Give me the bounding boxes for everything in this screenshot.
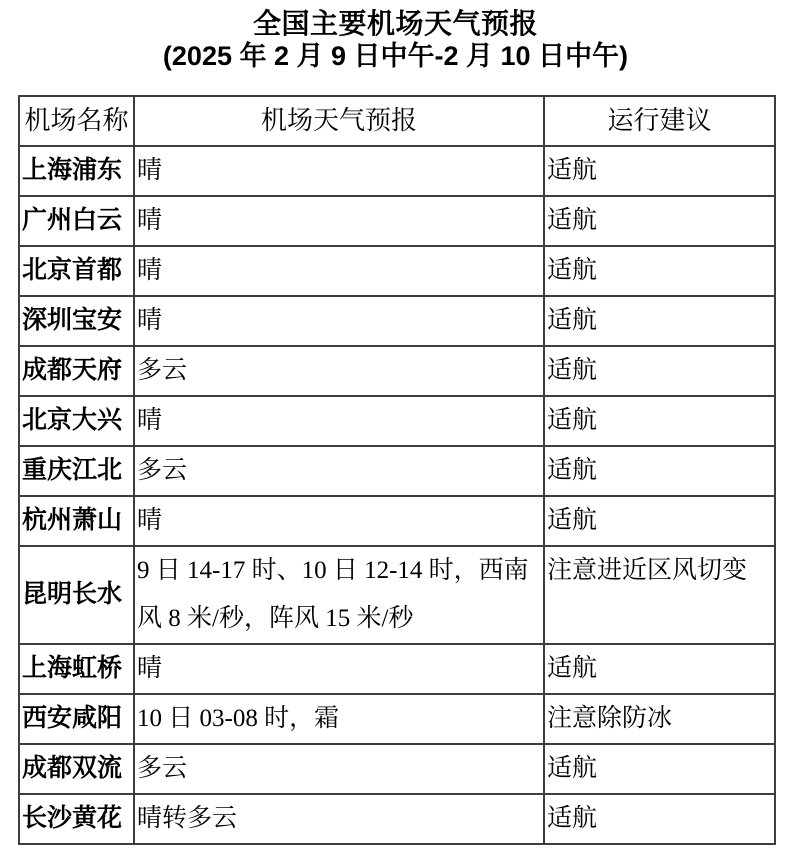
header-airport-name: 机场名称	[19, 96, 134, 146]
table-row-kunming-changshui: 昆明长水 9 日 14-17 时、10 日 12-14 时，西南风 8 米/秒，…	[19, 546, 775, 644]
airport-name-cell: 上海浦东	[19, 146, 134, 196]
airport-name-cell: 长沙黄花	[19, 794, 134, 844]
forecast-cell: 9 日 14-17 时、10 日 12-14 时，西南风 8 米/秒，阵风 15…	[134, 546, 544, 644]
forecast-cell: 晴	[134, 196, 544, 246]
table-header-row: 机场名称 机场天气预报 运行建议	[19, 96, 775, 146]
header-weather-forecast: 机场天气预报	[134, 96, 544, 146]
forecast-cell: 晴	[134, 396, 544, 446]
table-row: 上海浦东 晴 适航	[19, 146, 775, 196]
forecast-cell: 多云	[134, 446, 544, 496]
advice-cell: 注意进近区风切变	[544, 546, 775, 644]
advice-cell: 适航	[544, 744, 775, 794]
table-row: 成都双流 多云 适航	[19, 744, 775, 794]
airport-name-cell: 重庆江北	[19, 446, 134, 496]
advice-cell: 适航	[544, 246, 775, 296]
advice-cell: 适航	[544, 146, 775, 196]
advice-cell: 注意除防冰	[544, 694, 775, 744]
forecast-cell: 晴	[134, 644, 544, 694]
table-row: 北京大兴 晴 适航	[19, 396, 775, 446]
table-row: 杭州萧山 晴 适航	[19, 496, 775, 546]
forecast-cell: 多云	[134, 744, 544, 794]
airport-name-cell: 北京大兴	[19, 396, 134, 446]
airport-name-cell: 北京首都	[19, 246, 134, 296]
airport-name-cell: 广州白云	[19, 196, 134, 246]
airport-name-cell: 上海虹桥	[19, 644, 134, 694]
airport-name-cell: 杭州萧山	[19, 496, 134, 546]
page-subtitle: (2025 年 2 月 9 日中午-2 月 10 日中午)	[0, 40, 791, 73]
airport-name-cell: 成都天府	[19, 346, 134, 396]
header-operation-advice: 运行建议	[544, 96, 775, 146]
page-title: 全国主要机场天气预报	[0, 7, 791, 40]
table-row: 长沙黄花 晴转多云 适航	[19, 794, 775, 844]
advice-cell: 适航	[544, 396, 775, 446]
advice-cell: 适航	[544, 446, 775, 496]
forecast-cell: 晴	[134, 146, 544, 196]
airport-name-cell: 成都双流	[19, 744, 134, 794]
forecast-cell: 晴	[134, 496, 544, 546]
table-row: 成都天府 多云 适航	[19, 346, 775, 396]
table-row: 重庆江北 多云 适航	[19, 446, 775, 496]
advice-cell: 适航	[544, 346, 775, 396]
airport-forecast-table: 机场名称 机场天气预报 运行建议 上海浦东 晴 适航 广州白云 晴 适航 北京首…	[18, 95, 776, 845]
forecast-cell: 晴	[134, 296, 544, 346]
forecast-cell: 晴	[134, 246, 544, 296]
forecast-cell: 10 日 03-08 时，霜	[134, 694, 544, 744]
table-row: 北京首都 晴 适航	[19, 246, 775, 296]
airport-name-cell: 西安咸阳	[19, 694, 134, 744]
airport-name-cell: 昆明长水	[19, 546, 134, 644]
advice-cell: 适航	[544, 496, 775, 546]
forecast-cell: 晴转多云	[134, 794, 544, 844]
table-row: 广州白云 晴 适航	[19, 196, 775, 246]
advice-cell: 适航	[544, 794, 775, 844]
forecast-cell: 多云	[134, 346, 544, 396]
advice-cell: 适航	[544, 296, 775, 346]
table-row: 西安咸阳 10 日 03-08 时，霜 注意除防冰	[19, 694, 775, 744]
airport-name-cell: 深圳宝安	[19, 296, 134, 346]
advice-cell: 适航	[544, 644, 775, 694]
advice-cell: 适航	[544, 196, 775, 246]
table-row: 深圳宝安 晴 适航	[19, 296, 775, 346]
forecast-page: 全国主要机场天气预报 (2025 年 2 月 9 日中午-2 月 10 日中午)…	[0, 0, 791, 858]
table-row: 上海虹桥 晴 适航	[19, 644, 775, 694]
